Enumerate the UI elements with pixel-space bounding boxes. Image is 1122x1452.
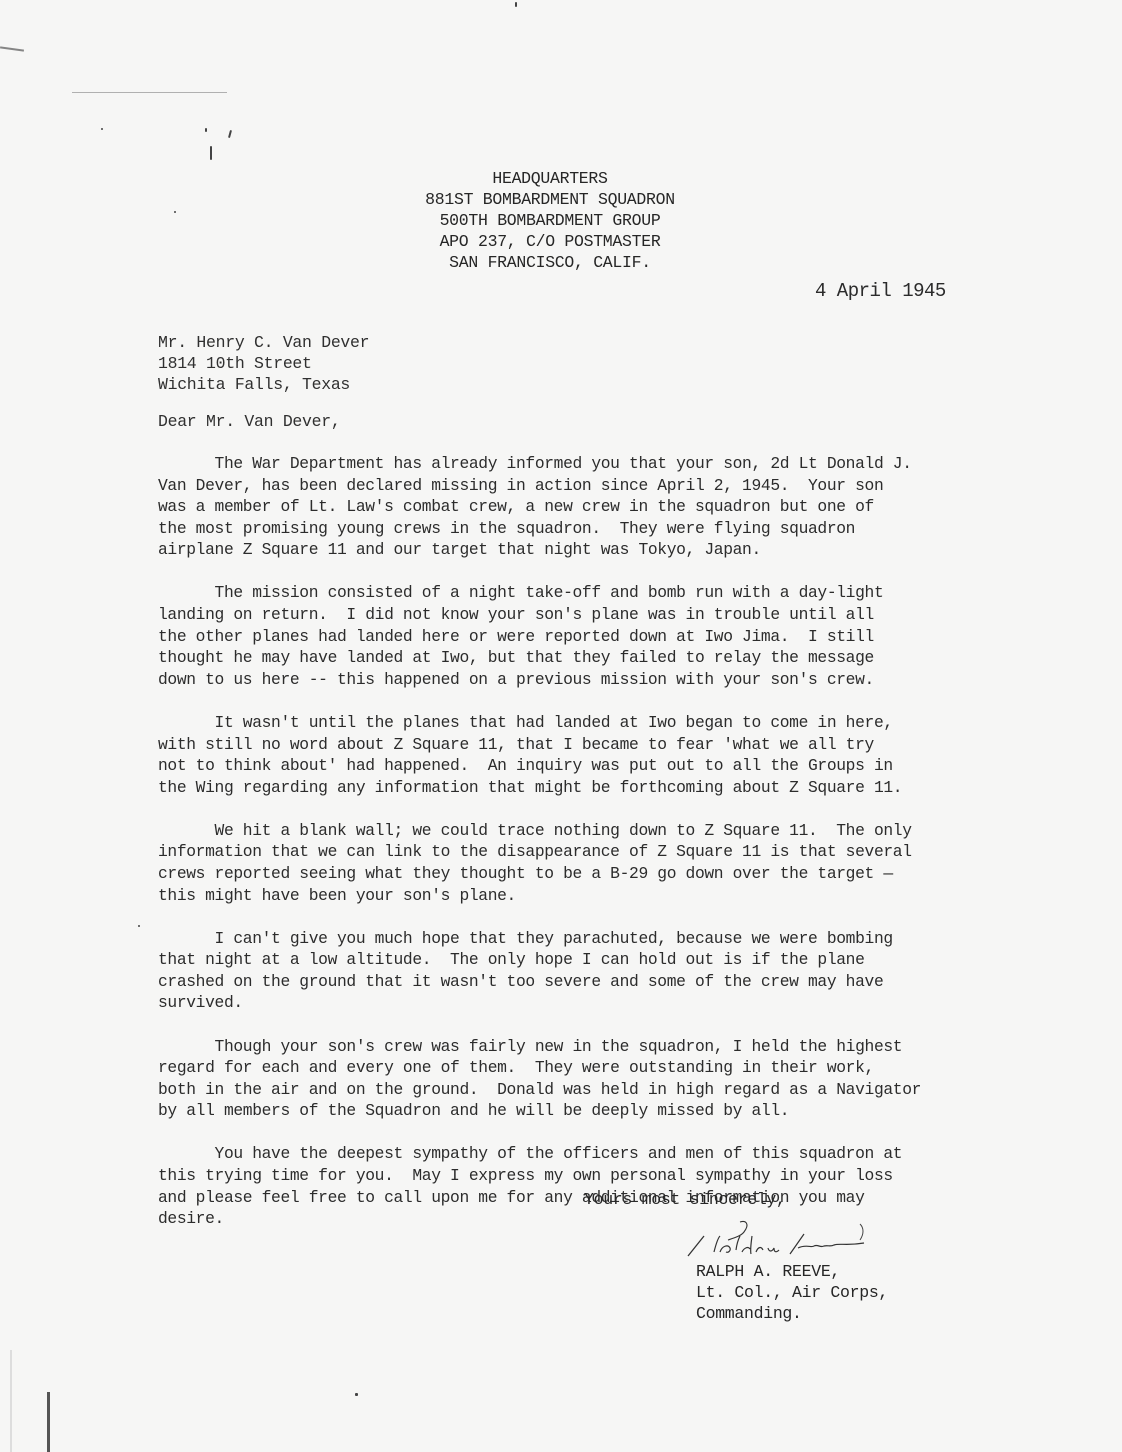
handwritten-signature (680, 1218, 900, 1262)
paragraph-line: The mission consisted of a night take-of… (158, 582, 1008, 604)
paragraph-line: Van Dever, has been declared missing in … (158, 475, 1008, 497)
speck (101, 128, 103, 130)
signer-name: RALPH A. REEVE, (696, 1261, 888, 1282)
paragraph-line: crashed on the ground that it wasn't too… (158, 971, 1008, 993)
paragraph-line: down to us here -- this happened on a pr… (158, 669, 1008, 691)
letterhead-line: 881ST BOMBARDMENT SQUADRON (395, 189, 705, 210)
signer-title: Commanding. (696, 1303, 888, 1324)
body-paragraph: The War Department has already informed … (158, 453, 1008, 561)
paragraph-line: with still no word about Z Square 11, th… (158, 734, 1008, 756)
salutation: Dear Mr. Van Dever, (158, 412, 340, 431)
paragraph-line: I can't give you much hope that they par… (158, 928, 1008, 950)
paragraph-line: the most promising young crews in the sq… (158, 518, 1008, 540)
body-paragraph: I can't give you much hope that they par… (158, 928, 1008, 1014)
paragraph-line: not to think about' had happened. An inq… (158, 755, 1008, 777)
body-paragraph: It wasn't until the planes that had land… (158, 712, 1008, 798)
speck (205, 128, 207, 132)
paragraph-line: The War Department has already informed … (158, 453, 1008, 475)
paragraph-line: that night at a low altitude. The only h… (158, 949, 1008, 971)
address-line: Wichita Falls, Texas (158, 374, 369, 395)
speck (210, 146, 212, 160)
letterhead: HEADQUARTERS 881ST BOMBARDMENT SQUADRON … (395, 168, 705, 273)
body-paragraph: Though your son's crew was fairly new in… (158, 1036, 1008, 1122)
paragraph-line: You have the deepest sympathy of the off… (158, 1143, 1008, 1165)
address-line: 1814 10th Street (158, 353, 369, 374)
paragraph-line: regard for each and every one of them. T… (158, 1057, 1008, 1079)
paragraph-line: We hit a blank wall; we could trace noth… (158, 820, 1008, 842)
letterhead-line: 500TH BOMBARDMENT GROUP (395, 210, 705, 231)
paragraph-line: the other planes had landed here or were… (158, 626, 1008, 648)
paragraph-line: airplane Z Square 11 and our target that… (158, 539, 1008, 561)
speck (355, 1393, 358, 1396)
paragraph-line: both in the air and on the ground. Donal… (158, 1079, 1008, 1101)
body-paragraph: We hit a blank wall; we could trace noth… (158, 820, 1008, 906)
paragraph-line: the Wing regarding any information that … (158, 777, 1008, 799)
page-fold-mark (0, 46, 24, 51)
body-paragraph: The mission consisted of a night take-of… (158, 582, 1008, 690)
paragraph-line: this trying time for you. May I express … (158, 1165, 1008, 1187)
paragraph-line: survived. (158, 992, 1008, 1014)
address-line: Mr. Henry C. Van Dever (158, 332, 369, 353)
body-paragraph: You have the deepest sympathy of the off… (158, 1143, 1008, 1229)
speck (174, 211, 176, 213)
paragraph-line: Though your son's crew was fairly new in… (158, 1036, 1008, 1058)
letter-page: HEADQUARTERS 881ST BOMBARDMENT SQUADRON … (0, 0, 1122, 1452)
page-edge-shadow (10, 1350, 12, 1452)
paragraph-line: thought he may have landed at Iwo, but t… (158, 647, 1008, 669)
paragraph-line: this might have been your son's plane. (158, 885, 1008, 907)
speck (228, 130, 232, 138)
signer-rank: Lt. Col., Air Corps, (696, 1282, 888, 1303)
paragraph-line: crews reported seeing what they thought … (158, 863, 1008, 885)
signer-block: RALPH A. REEVE, Lt. Col., Air Corps, Com… (696, 1261, 888, 1324)
paragraph-line: information that we can link to the disa… (158, 841, 1008, 863)
speck (138, 925, 140, 927)
letter-body: The War Department has already informed … (158, 453, 1008, 1251)
paragraph-line: was a member of Lt. Law's combat crew, a… (158, 496, 1008, 518)
letter-date: 4 April 1945 (815, 280, 946, 302)
smudge-line (72, 92, 227, 93)
margin-mark (47, 1392, 50, 1452)
letterhead-line: HEADQUARTERS (395, 168, 705, 189)
speck (515, 2, 517, 7)
closing: Yours most sincerely, (584, 1190, 786, 1209)
paragraph-line: by all members of the Squadron and he wi… (158, 1100, 1008, 1122)
letterhead-line: APO 237, C/O POSTMASTER (395, 231, 705, 252)
paragraph-line: It wasn't until the planes that had land… (158, 712, 1008, 734)
letterhead-line: SAN FRANCISCO, CALIF. (395, 252, 705, 273)
recipient-address: Mr. Henry C. Van Dever 1814 10th Street … (158, 332, 369, 395)
paragraph-line: and please feel free to call upon me for… (158, 1187, 1008, 1209)
paragraph-line: landing on return. I did not know your s… (158, 604, 1008, 626)
